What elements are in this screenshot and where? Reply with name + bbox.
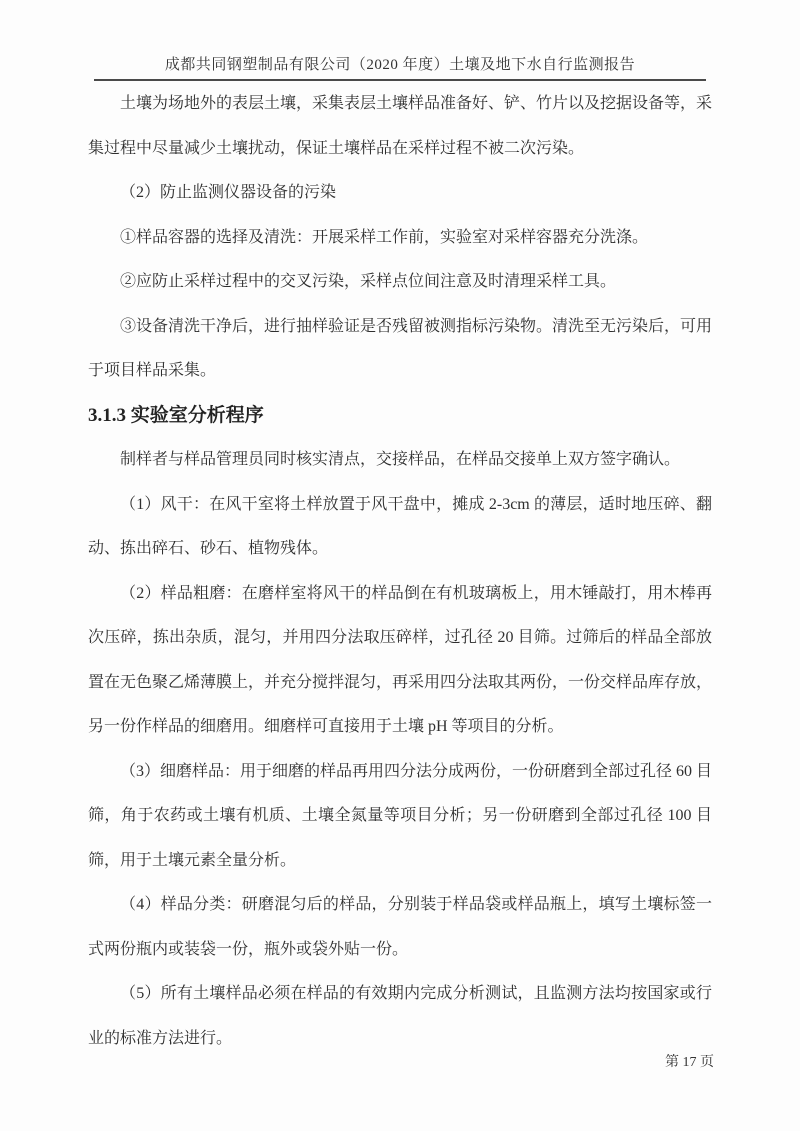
paragraph-sample-classification: （4）样品分类：研磨混匀后的样品，分别装于样品袋或样品瓶上，填写土壤标签一式两份…: [88, 883, 712, 972]
paragraph-coarse-grinding: （2）样品粗磨：在磨样室将风干的样品倒在有机玻璃板上，用木锤敲打，用木棒再次压碎…: [88, 572, 712, 750]
document-body: 土壤为场地外的表层土壤，采集表层土壤样品准备好、铲、竹片以及挖据设备等，采集过程…: [88, 81, 712, 1061]
paragraph-sample-handover: 制样者与样品管理员同时核实清点，交接样品，在样品交接单上双方签字确认。: [88, 438, 712, 483]
page-number: 第 17 页: [665, 1055, 714, 1070]
paragraph-prevent-instrument-contamination: （2）防止监测仪器设备的污染: [88, 171, 712, 216]
document-header: 成都共同钢塑制品有限公司（2020 年度）土壤及地下水自行监测报告: [0, 0, 800, 74]
header-title: 成都共同钢塑制品有限公司（2020 年度）土壤及地下水自行监测报告: [165, 57, 635, 73]
paragraph-fine-grinding: （3）细磨样品：用于细磨的样品再用四分法分成两份，一份研磨到全部过孔径 60 目…: [88, 750, 712, 884]
document-footer: 第 17 页: [665, 1051, 714, 1071]
paragraph-analysis-deadline: （5）所有土壤样品必须在样品的有效期内完成分析测试，且监测方法均按国家或行业的标…: [88, 972, 712, 1061]
list-item-circled-2: ②应防止采样过程中的交叉污染，采样点位间注意及时清理采样工具。: [88, 260, 712, 305]
section-heading-3-1-3: 3.1.3 实验室分析程序: [88, 394, 712, 439]
list-item-circled-1: ①样品容器的选择及清洗：开展采样工作前，实验室对采样容器充分洗涤。: [88, 216, 712, 261]
document-page: 成都共同钢塑制品有限公司（2020 年度）土壤及地下水自行监测报告 土壤为场地外…: [0, 0, 800, 1131]
paragraph-soil-sampling: 土壤为场地外的表层土壤，采集表层土壤样品准备好、铲、竹片以及挖据设备等，采集过程…: [88, 82, 712, 171]
list-item-circled-3: ③设备清洗干净后，进行抽样验证是否残留被测指标污染物。清洗至无污染后，可用于项目…: [88, 305, 712, 394]
paragraph-air-drying: （1）风干：在风干室将土样放置于风干盘中，摊成 2-3cm 的薄层，适时地压碎、…: [88, 483, 712, 572]
